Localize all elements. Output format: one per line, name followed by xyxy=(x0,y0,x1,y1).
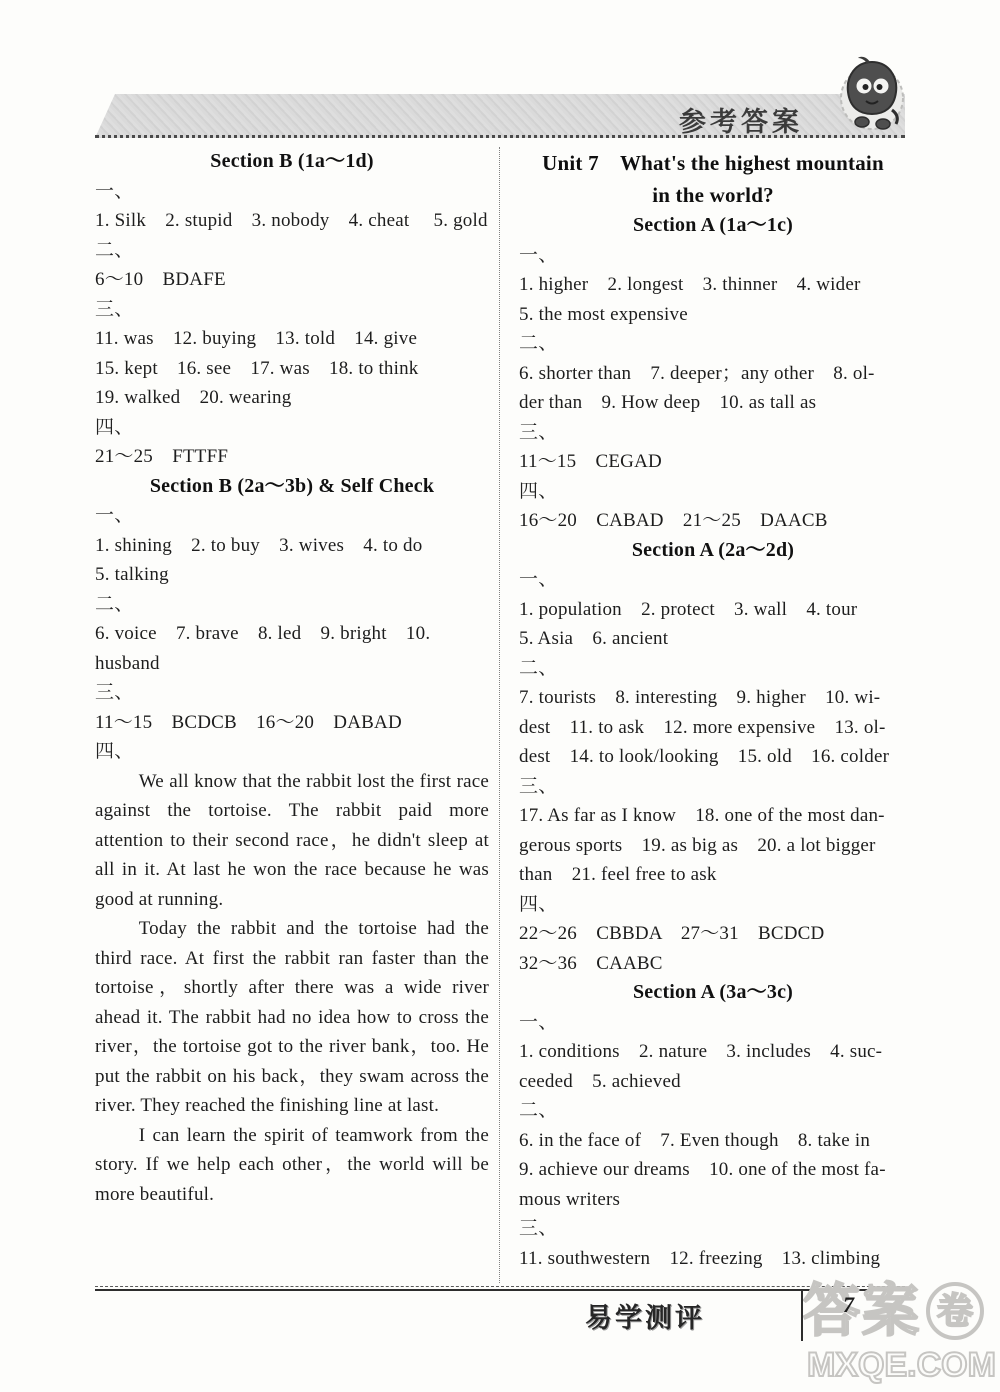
answer-line: 1. Silk 2. stupid 3. nobody 4. cheat 5. … xyxy=(95,206,489,236)
footer-separator xyxy=(801,1289,803,1341)
watermark-badge-icon: 卷 xyxy=(926,1282,984,1340)
content-columns: Section B (1a～1d)一、1. Silk 2. stupid 3. … xyxy=(95,147,907,1283)
group-marker: 四、 xyxy=(95,737,489,767)
answer-line: 17. As far as I know 18. one of the most… xyxy=(519,801,907,831)
answer-line: 5. talking xyxy=(95,560,489,590)
brand-logo: 易学测评 xyxy=(585,1296,705,1335)
answer-line: der than 9. How deep 10. as tall as xyxy=(519,388,907,418)
group-marker: 四、 xyxy=(519,890,907,920)
watermark-title: 答案 xyxy=(803,1281,921,1341)
group-marker: 一、 xyxy=(519,1008,907,1038)
group-marker: 一、 xyxy=(519,565,907,595)
answer-line: than 21. feel free to ask xyxy=(519,860,907,890)
page-title: 参考答案 xyxy=(679,100,803,139)
answer-line: 16～20 CABAD 21～25 DAACB xyxy=(519,506,907,536)
answer-line: mous writers xyxy=(519,1185,907,1215)
watermark-site: MXQE.COM xyxy=(803,1345,1000,1385)
mascot-icon xyxy=(836,54,908,140)
section-heading: Section B (1a～1d) xyxy=(95,147,489,177)
group-marker: 二、 xyxy=(95,236,489,266)
watermark: 答案 卷 MXQE.COM xyxy=(803,1281,1000,1385)
answer-line: 32～36 CAABC xyxy=(519,949,907,979)
page-number: 7 xyxy=(843,1292,854,1318)
answer-line: 21～25 FTTFF xyxy=(95,442,489,472)
answer-line: 6～10 BDAFE xyxy=(95,265,489,295)
answer-line: 6. in the face of 7. Even though 8. take… xyxy=(519,1126,907,1156)
answer-line: 11. southwestern 12. freezing 13. climbi… xyxy=(519,1244,907,1274)
section-heading: Section B (2a～3b) & Self Check xyxy=(95,472,489,502)
watermark-title-row: 答案 卷 xyxy=(803,1281,1000,1341)
group-marker: 三、 xyxy=(519,418,907,448)
group-marker: 四、 xyxy=(95,413,489,443)
essay-paragraph: Today the rabbit and the tortoise had th… xyxy=(95,914,489,1121)
answer-line: 22～26 CBBDA 27～31 BCDCD xyxy=(519,919,907,949)
answer-line: gerous sports 19. as big as 20. a lot bi… xyxy=(519,831,907,861)
answer-line: 1. higher 2. longest 3. thinner 4. wider xyxy=(519,270,907,300)
unit-title-line: in the world? xyxy=(519,179,907,211)
answer-line: 1. shining 2. to buy 3. wives 4. to do xyxy=(95,531,489,561)
answer-line: 6. voice 7. brave 8. led 9. bright 10. h… xyxy=(95,619,489,678)
answer-line: 1. conditions 2. nature 3. includes 4. s… xyxy=(519,1037,907,1067)
answer-line: 5. Asia 6. ancient xyxy=(519,624,907,654)
answer-line: 5. the most expensive xyxy=(519,300,907,330)
section-heading: Section A (3a～3c) xyxy=(519,978,907,1008)
group-marker: 三、 xyxy=(519,1214,907,1244)
group-marker: 四、 xyxy=(519,477,907,507)
group-marker: 一、 xyxy=(519,241,907,271)
group-marker: 二、 xyxy=(519,654,907,684)
answer-line: 11～15 CEGAD xyxy=(519,447,907,477)
group-marker: 三、 xyxy=(519,772,907,802)
answer-key-page: 参考答案 Section B (1a～1d)一、1. Silk 2. stupi… xyxy=(0,0,1000,1392)
group-marker: 二、 xyxy=(95,590,489,620)
answer-line: 9. achieve our dreams 10. one of the mos… xyxy=(519,1155,907,1185)
group-marker: 一、 xyxy=(95,501,489,531)
answer-line: ceeded 5. achieved xyxy=(519,1067,907,1097)
group-marker: 三、 xyxy=(95,678,489,708)
header-banner: 参考答案 xyxy=(95,94,905,138)
left-column: Section B (1a～1d)一、1. Silk 2. stupid 3. … xyxy=(95,147,500,1283)
group-marker: 一、 xyxy=(95,177,489,207)
answer-line: 11～15 BCDCB 16～20 DABAD xyxy=(95,708,489,738)
answer-line: 11. was 12. buying 13. told 14. give xyxy=(95,324,489,354)
section-heading: Section A (2a～2d) xyxy=(519,536,907,566)
right-column: Unit 7 What's the highest mountainin the… xyxy=(500,147,907,1283)
answer-line: 15. kept 16. see 17. was 18. to think xyxy=(95,354,489,384)
unit-title-line: Unit 7 What's the highest mountain xyxy=(519,147,907,179)
answer-line: 19. walked 20. wearing xyxy=(95,383,489,413)
group-marker: 三、 xyxy=(95,295,489,325)
answer-line: dest 14. to look/looking 15. old 16. col… xyxy=(519,742,907,772)
answer-line: dest 11. to ask 12. more expensive 13. o… xyxy=(519,713,907,743)
footer-rule xyxy=(95,1286,905,1291)
answer-line: 6. shorter than 7. deeper；any other 8. o… xyxy=(519,359,907,389)
group-marker: 二、 xyxy=(519,1096,907,1126)
essay-paragraph: I can learn the spirit of teamwork from … xyxy=(95,1121,489,1210)
essay-paragraph: We all know that the rabbit lost the fir… xyxy=(95,767,489,915)
answer-line: 1. population 2. protect 3. wall 4. tour xyxy=(519,595,907,625)
answer-line: 7. tourists 8. interesting 9. higher 10.… xyxy=(519,683,907,713)
header-divider xyxy=(95,135,905,138)
section-heading: Section A (1a～1c) xyxy=(519,211,907,241)
watermark-badge-char: 卷 xyxy=(937,1293,973,1329)
group-marker: 二、 xyxy=(519,329,907,359)
